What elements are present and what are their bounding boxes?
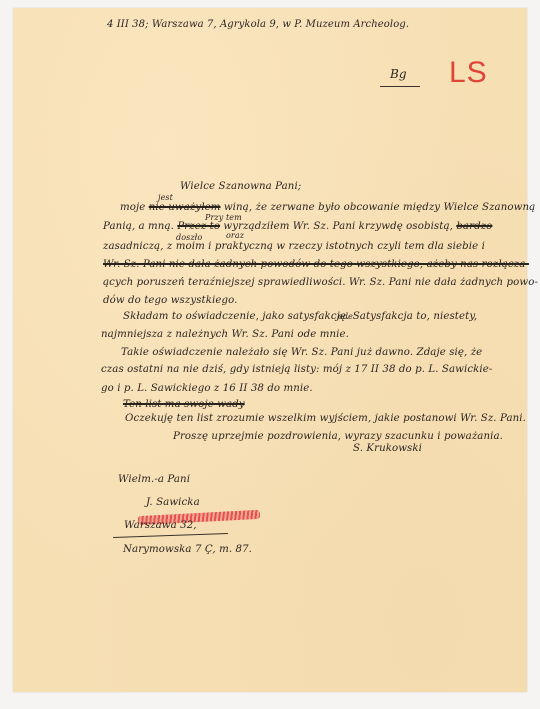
insertion-ode: ode	[338, 313, 353, 321]
letter-paper: 4 III 38; Warszawa 7, Agrykola 9, w P. M…	[13, 8, 527, 692]
letter-line-7: Składam to oświadczenie, jako satysfakcj…	[123, 312, 477, 322]
salutation: Wielce Szanowna Pani;	[180, 182, 301, 192]
address-to-line: Wielm.-a Pani	[118, 475, 190, 485]
address-street: Narymowska 7 Ç, m. 87.	[123, 545, 252, 555]
red-ls-mark: LS	[449, 58, 488, 88]
scan-background: 4 III 38; Warszawa 7, Agrykola 9, w P. M…	[0, 0, 540, 709]
letter-line-1: moje nie uważyłem winą, że zerwane było …	[120, 203, 535, 213]
letter-line-4: Wr. Sz. Pani nie dała żadnych powodów do…	[103, 260, 529, 270]
dateline: 4 III 38; Warszawa 7, Agrykola 9, w P. M…	[107, 20, 409, 30]
line-1-rest: winą, że zerwane było obcowanie między W…	[221, 202, 536, 213]
line-4-strike: Wr. Sz. Pani nie dała żadnych powodów do…	[103, 259, 529, 270]
initials-mark: Bg	[390, 68, 407, 80]
letter-line-6: dów do tego wszystkiego.	[103, 296, 238, 306]
line-2-rest: wyrządziłem Wr. Sz. Pani krzywdę osobist…	[220, 221, 456, 232]
line-1-strike: nie uważyłem	[149, 202, 221, 213]
letter-line-9: Takie oświadczenie należało się Wr. Sz. …	[121, 348, 482, 358]
line-1-word: moje	[120, 202, 149, 213]
line-2-word: Panią, a mną.	[103, 221, 177, 232]
letter-line-11: go i p. L. Sawickiego z 16 II 38 do mnie…	[101, 384, 313, 394]
letter-line-12: Ten list ma swoje wady	[123, 400, 245, 410]
letter-line-10: czas ostatni na nie dziś, gdy istnieją l…	[101, 365, 492, 375]
line-2-strike: Przez to	[177, 221, 220, 232]
letter-line-2: Panią, a mną. Przez to wyrządziłem Wr. S…	[103, 222, 492, 232]
insertion-oraz: oraz	[226, 232, 244, 240]
closing: Proszę uprzejmie pozdrowienia, wyrazy sz…	[173, 432, 503, 442]
address-name: J. Sawicka	[146, 498, 200, 508]
signature: S. Krukowski	[353, 444, 422, 454]
address-city-underline	[113, 533, 228, 538]
line-2-strike-2: bardzo	[456, 221, 492, 232]
letter-line-3: zasadniczą, z moim i praktyczną w rzeczy…	[103, 242, 485, 252]
line-12-strike: Ten list ma swoje wady	[123, 399, 245, 410]
letter-line-13: Oczekuję ten list zrozumie wszelkim wyjś…	[125, 414, 526, 424]
initials-underline	[380, 86, 420, 87]
address-city: Warszawa 32,	[124, 521, 197, 531]
letter-line-8: najmniejsza z należnych Wr. Sz. Pani ode…	[101, 330, 349, 340]
insertion-jest: jest	[158, 194, 173, 202]
letter-line-5: ących poruszeń teraźniejszej sprawiedliw…	[103, 278, 538, 288]
